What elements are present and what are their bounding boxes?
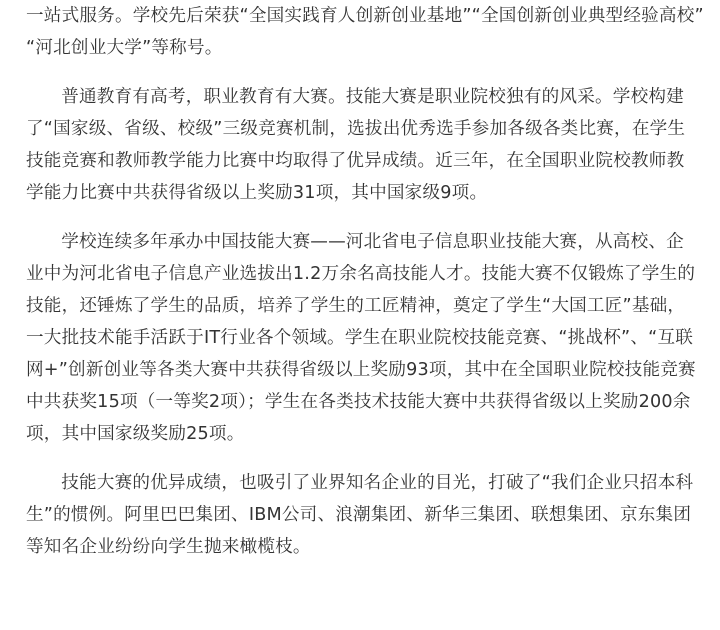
paragraph-hosting-competitions: 学校连续多年承办中国技能大赛——河北省电子信息职业技能大赛，从高校、企 业中为河… — [26, 226, 694, 450]
text-line: 中共获奖15项（一等奖2项）；学生在各类技术技能大赛中共获得省级以上奖励200余 — [26, 386, 694, 418]
text-line: 网+”创新创业等各类大赛中共获得省级以上奖励93项，其中在全国职业院校技能竞赛 — [26, 354, 694, 386]
text-line: 一大批技术能手活跃于IT行业各个领域。学生在职业院校技能竞赛、“挑战杯”、“互联 — [26, 322, 694, 354]
paragraph-enterprise-attention: 技能大赛的优异成绩，也吸引了业界知名企业的目光，打破了“我们企业只招本科 生”的… — [26, 467, 694, 563]
text-line: 学校连续多年承办中国技能大赛——河北省电子信息职业技能大赛，从高校、企 — [26, 226, 694, 258]
text-line: 生”的惯例。阿里巴巴集团、IBM公司、浪潮集团、新华三集团、联想集团、京东集团 — [26, 499, 694, 531]
paragraph-honors: 一站式服务。学校先后荣获“全国实践育人创新创业基地”“全国创新创业典型经验高校”… — [26, 0, 694, 64]
text-line: 项，其中国家级奖励25项。 — [26, 418, 694, 450]
text-line: 一站式服务。学校先后荣获“全国实践育人创新创业基地”“全国创新创业典型经验高校” — [26, 0, 694, 32]
text-line: 学能力比赛中共获得省级以上奖励31项，其中国家级9项。 — [26, 177, 694, 209]
text-line: 技能，还锤炼了学生的品质，培养了学生的工匠精神，奠定了学生“大国工匠”基础， — [26, 290, 694, 322]
text-line: “河北创业大学”等称号。 — [26, 32, 694, 64]
text-line: 等知名企业纷纷向学生抛来橄榄枝。 — [26, 531, 694, 563]
text-line: 技能竞赛和教师教学能力比赛中均取得了优异成绩。近三年，在全国职业院校教师教 — [26, 145, 694, 177]
text-line: 业中为河北省电子信息产业选拔出1.2万余名高技能人才。技能大赛不仅锻炼了学生的 — [26, 258, 694, 290]
text-line: 技能大赛的优异成绩，也吸引了业界知名企业的目光，打破了“我们企业只招本科 — [26, 467, 694, 499]
text-line: 了“国家级、省级、校级”三级竞赛机制，选拔出优秀选手参加各级各类比赛，在学生 — [26, 113, 694, 145]
article-body: 一站式服务。学校先后荣获“全国实践育人创新创业基地”“全国创新创业典型经验高校”… — [0, 0, 720, 563]
text-line: 普通教育有高考，职业教育有大赛。技能大赛是职业院校独有的风采。学校构建 — [26, 81, 694, 113]
paragraph-competition-mechanism: 普通教育有高考，职业教育有大赛。技能大赛是职业院校独有的风采。学校构建 了“国家… — [26, 81, 694, 209]
